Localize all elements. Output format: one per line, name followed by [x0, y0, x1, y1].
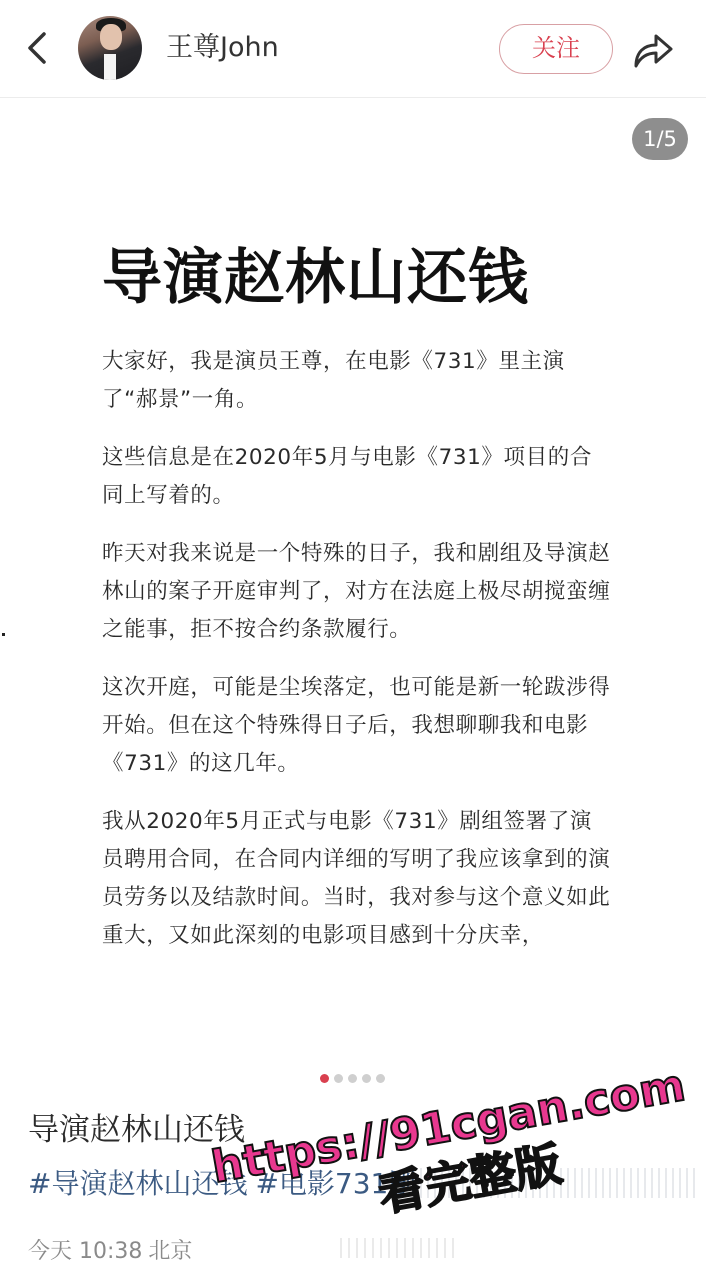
- carousel-dot-3[interactable]: [348, 1074, 357, 1083]
- back-button[interactable]: [22, 28, 54, 68]
- paragraph: 大家好，我是演员王尊，在电影《731》里主演了“郝景”一角。: [102, 343, 612, 419]
- carousel-dot-1[interactable]: [320, 1074, 329, 1083]
- share-arrow-icon: [630, 28, 676, 70]
- share-button[interactable]: [630, 28, 676, 70]
- follow-button[interactable]: 关注: [499, 24, 613, 74]
- top-bar: 王尊John 关注: [0, 0, 706, 98]
- avatar[interactable]: [78, 16, 142, 80]
- username[interactable]: 王尊John: [166, 30, 279, 66]
- stray-dot: [2, 633, 5, 636]
- chevron-left-icon: [22, 28, 54, 68]
- paragraph: 昨天对我来说是一个特殊的日子，我和剧组及导演赵林山的案子开庭审判了，对方在法庭上…: [102, 535, 612, 649]
- blur-artifact: [340, 1238, 460, 1258]
- post-tags: #导演赵林山还钱#电影731剧: [28, 1164, 424, 1204]
- blur-artifact: [420, 1168, 700, 1198]
- carousel-dot-5[interactable]: [376, 1074, 385, 1083]
- post-title: 导演赵林山还钱: [28, 1108, 245, 1152]
- carousel-dots: [320, 1074, 385, 1083]
- hashtag-link[interactable]: #导演赵林山还钱: [28, 1167, 247, 1200]
- page-indicator: 1/5: [632, 118, 688, 160]
- paragraph: 这些信息是在2020年5月与电影《731》项目的合同上写着的。: [102, 439, 612, 515]
- paragraph: 这次开庭，可能是尘埃落定，也可能是新一轮跋涉得开始。但在这个特殊得日子后，我想聊…: [102, 669, 612, 783]
- post-meta: 今天 10:38北京: [28, 1236, 192, 1268]
- card-title: 导演赵林山还钱: [102, 240, 529, 316]
- hashtag-link[interactable]: #电影731剧: [255, 1167, 416, 1200]
- carousel-dot-2[interactable]: [334, 1074, 343, 1083]
- card-body: 大家好，我是演员王尊，在电影《731》里主演了“郝景”一角。 这些信息是在202…: [102, 343, 612, 975]
- paragraph: 我从2020年5月正式与电影《731》剧组签署了演员聘用合同，在合同内详细的写明…: [102, 803, 612, 955]
- post-time: 今天 10:38: [28, 1239, 142, 1264]
- carousel-dot-4[interactable]: [362, 1074, 371, 1083]
- post-location: 北京: [148, 1239, 192, 1264]
